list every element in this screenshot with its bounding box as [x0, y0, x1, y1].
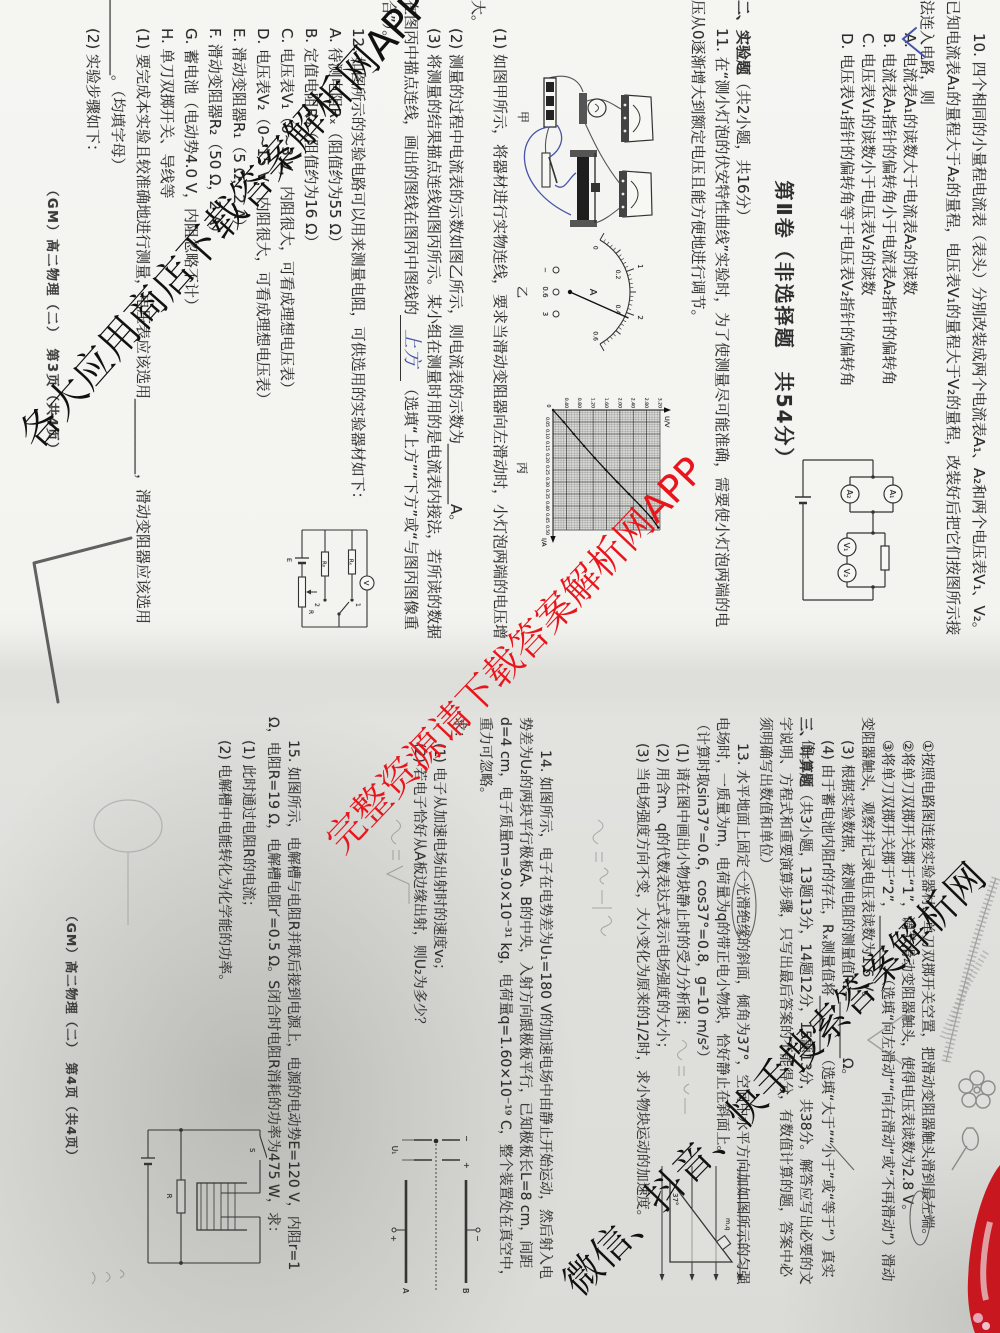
check-mark-icon	[903, 28, 925, 57]
exam-photo: 10. 四个相同的小量程电流表（表头）分别改装成两个电流表A₁、A₂和两个电压表…	[0, 0, 1000, 1333]
handwritten-marks	[0, 0, 1000, 1333]
pencil-slash-mark	[830, 1143, 854, 1170]
pencil-scribbles	[92, 820, 689, 1284]
exam-sheet: 10. 四个相同的小量程电流表（表头）分别改装成两个电流表A₁、A₂和两个电压表…	[0, 0, 1000, 1333]
circled-text-mark	[732, 872, 756, 940]
circled-text-mark	[910, 1191, 930, 1245]
